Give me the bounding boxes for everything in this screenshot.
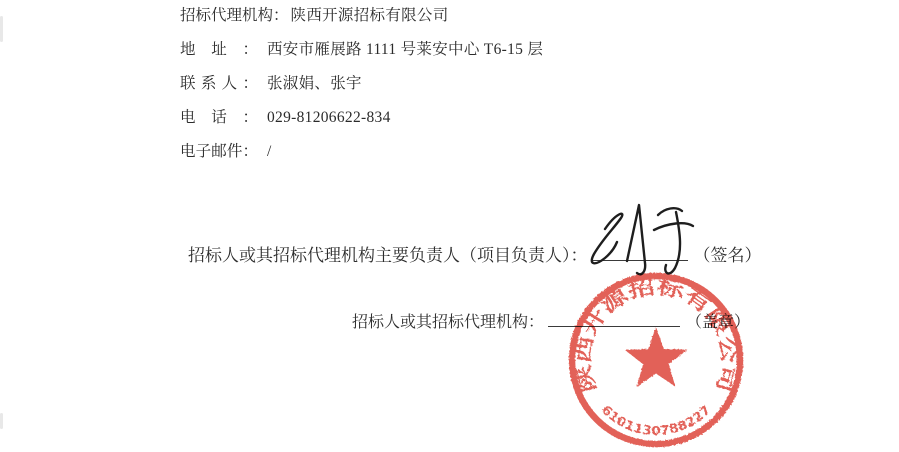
company-seal: 陕西开源招标有限公司 6101130788227 xyxy=(565,269,747,451)
info-row: 招标代理机构：陕西开源招标有限公司 xyxy=(180,8,543,24)
info-value: 张淑娟、张宇 xyxy=(267,75,362,92)
info-row: 电话：029-81206622-834 xyxy=(180,110,543,126)
seal-number-text: 6101130788227 xyxy=(599,402,714,438)
signature-name: 张宇 xyxy=(592,241,593,242)
seal-suffix: （盖章） xyxy=(686,314,750,331)
info-row: 电子邮件：/ xyxy=(180,144,543,160)
svg-text:陕西开源招标有限公司: 陕西开源招标有限公司 xyxy=(570,274,741,395)
handwritten-signature-icon xyxy=(588,195,712,287)
info-label: 联系人： xyxy=(180,76,258,92)
scan-artifact xyxy=(0,16,3,42)
info-value: 029-81206622-834 xyxy=(267,109,391,126)
signature-label: 招标人或其招标代理机构主要负责人（项目负责人）： xyxy=(188,246,588,265)
info-row: 联系人：张淑娟、张宇 xyxy=(180,76,543,92)
info-row: 地址：西安市雁展路 1111 号莱安中心 T6-15 层 xyxy=(180,42,543,58)
seal-company-text: 陕西开源招标有限公司 xyxy=(570,274,741,395)
signature-line: 张宇 xyxy=(592,241,688,261)
agency-info-block: 招标代理机构：陕西开源招标有限公司 地址：西安市雁展路 1111 号莱安中心 T… xyxy=(180,8,543,178)
svg-text:6101130788227: 6101130788227 xyxy=(599,402,714,438)
info-label: 电话： xyxy=(180,110,258,126)
info-value: 西安市雁展路 1111 号莱安中心 T6-15 层 xyxy=(267,41,543,58)
seal-row: 招标人或其招标代理机构：（盖章） xyxy=(352,307,750,333)
scan-artifact xyxy=(0,413,3,429)
info-value: 陕西开源招标有限公司 xyxy=(291,7,449,24)
seal-line xyxy=(548,307,680,327)
seal-ring xyxy=(572,276,740,444)
info-label: 电子邮件： xyxy=(180,144,258,160)
signature-suffix: （签名） xyxy=(694,246,762,265)
document-page: 招标代理机构：陕西开源招标有限公司 地址：西安市雁展路 1111 号莱安中心 T… xyxy=(0,0,899,452)
info-value: / xyxy=(267,143,272,160)
info-label: 招标代理机构： xyxy=(180,8,289,24)
seal-label: 招标人或其招标代理机构： xyxy=(352,314,544,331)
signature-row: 招标人或其招标代理机构主要负责人（项目负责人）： 张宇（签名） xyxy=(188,241,762,266)
star-icon xyxy=(625,327,688,387)
info-label: 地址： xyxy=(180,42,258,58)
